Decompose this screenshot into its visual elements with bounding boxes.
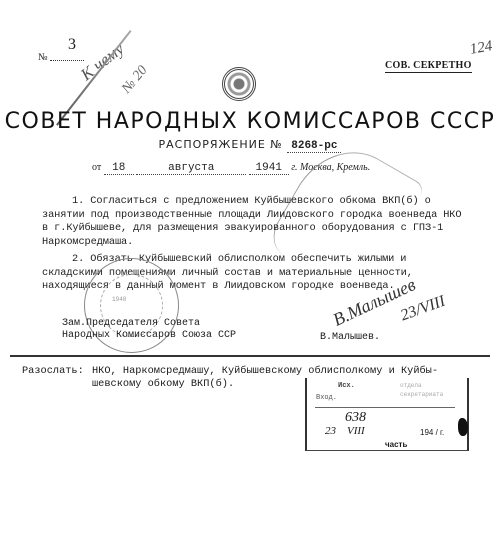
date-day: 18: [104, 162, 134, 175]
handwritten-left-note-2: № 20: [119, 63, 151, 97]
paragraph-number: 1.: [72, 195, 84, 207]
stamp-number: 638: [345, 410, 366, 426]
stamp-day: 23: [325, 425, 336, 437]
signatory-title-line1: Зам.Председателя Совета: [62, 318, 236, 330]
stamp-rule: [315, 407, 455, 408]
ussr-emblem-icon: [222, 67, 256, 101]
stamp-part: часть: [385, 440, 407, 449]
date-year: 1941: [249, 162, 289, 175]
signatory-name: В.Малышев.: [320, 332, 380, 343]
stamp-right-text-1: отдела: [400, 382, 422, 389]
order-number: 8268-рс: [287, 140, 341, 153]
date-month: августа: [136, 162, 246, 175]
stamp-year: 194 / г.: [420, 428, 444, 437]
document-number: 3: [68, 36, 76, 54]
distribution-label: Разослать:: [22, 365, 92, 378]
paragraph-1: 1. Согласиться с предложением Куйбышевск…: [42, 195, 462, 249]
number-underline: [50, 60, 84, 61]
number-label: №: [38, 52, 48, 63]
stamp-month: VIII: [347, 425, 365, 437]
stamp-right-text-2: секретариата: [400, 391, 443, 398]
stamp-date: 23 VIII: [325, 425, 365, 437]
seal-text: 1940: [112, 296, 126, 303]
order-label: РАСПОРЯЖЕНИЕ №: [159, 138, 283, 151]
date-prefix: от: [92, 162, 101, 173]
ink-blot: [458, 418, 468, 436]
stamp-label-incoming: Вход.: [316, 394, 337, 402]
signatory-title-line2: Народных Комиссаров Союза ССР: [62, 330, 236, 342]
classification-label: СОВ. СЕКРЕТНО: [385, 60, 472, 73]
paragraph-text: Согласиться с предложением Куйбышевского…: [42, 195, 461, 248]
distribution-line1: НКО, Наркомсредмашу, Куйбышевскому облис…: [92, 365, 438, 377]
divider-line: [10, 355, 490, 357]
signatory-title: Зам.Председателя Совета Народных Комисса…: [62, 318, 236, 342]
handwritten-left-note: К чему: [77, 39, 128, 85]
paragraph-number: 2.: [72, 253, 84, 265]
handwritten-top-right-note: 124: [469, 38, 494, 59]
order-line: РАСПОРЯЖЕНИЕ № 8268-рс: [0, 138, 500, 152]
document-title: СОВЕТ НАРОДНЫХ КОМИССАРОВ СССР: [0, 109, 500, 134]
stamp-label-outgoing: Исх.: [338, 382, 355, 390]
